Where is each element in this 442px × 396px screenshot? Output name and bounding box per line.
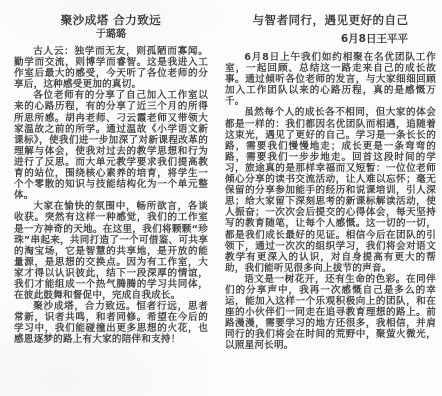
paragraph: 各位老师有的分享了自己加入工作室以来的心路历程，有的分享了近三个月的所得所思所感… xyxy=(14,90,208,201)
paragraph: 虽然每个人的成长各不相同，但大家的体会都是一样的：我们都因名优团队而相遇，追随着… xyxy=(225,107,436,273)
paragraph: 语文是一树花开，还有生命的色彩。在同伴们的分享声中，我再一次感慨自己是多么的幸运… xyxy=(225,274,436,352)
paragraph: 古人云：独学而无友，则孤陋而寡闻。勤学而交流，则博学而睿智。这是我进入工作室后最… xyxy=(14,46,208,90)
paragraph: 聚沙成塔，合力致远。恒者行远，思者常新，识者共鸣，和者同修。希望在今后的学习中，… xyxy=(14,301,208,345)
paragraph: 大家在愉快的氛围中，畅所欲言，各谈收获。突然有这样一种感觉，我们的工作室是一方神… xyxy=(14,201,208,301)
paragraph: 6月8日上午我们如约相聚在名优团队工作室，一起回顾、总结这一路走来自己的成长故事… xyxy=(225,52,436,107)
right-article-byline: 6月8日王平平 xyxy=(225,33,436,46)
right-article-title: 与智者同行，遇见更好的自己 xyxy=(225,13,436,27)
right-article: 与智者同行，遇见更好的自己 6月8日王平平 6月8日上午我们如约相聚在名优团队工… xyxy=(225,13,436,396)
left-article-body: 古人云：独学而无友，则孤陋而寡闻。勤学而交流，则博学而睿智。这是我进入工作室后最… xyxy=(14,46,208,346)
scanned-document-page: 聚沙成塔 合力致远 于璐璐 古人云：独学而无友，则孤陋而寡闻。勤学而交流，则博学… xyxy=(0,0,442,396)
left-article-author: 于璐璐 xyxy=(14,28,208,41)
left-article: 聚沙成塔 合力致远 于璐璐 古人云：独学而无友，则孤陋而寡闻。勤学而交流，则博学… xyxy=(14,13,208,396)
right-article-body: 6月8日上午我们如约相聚在名优团队工作室，一起回顾、总结这一路走来自己的成长故事… xyxy=(225,52,436,352)
left-article-title: 聚沙成塔 合力致远 xyxy=(14,13,208,27)
